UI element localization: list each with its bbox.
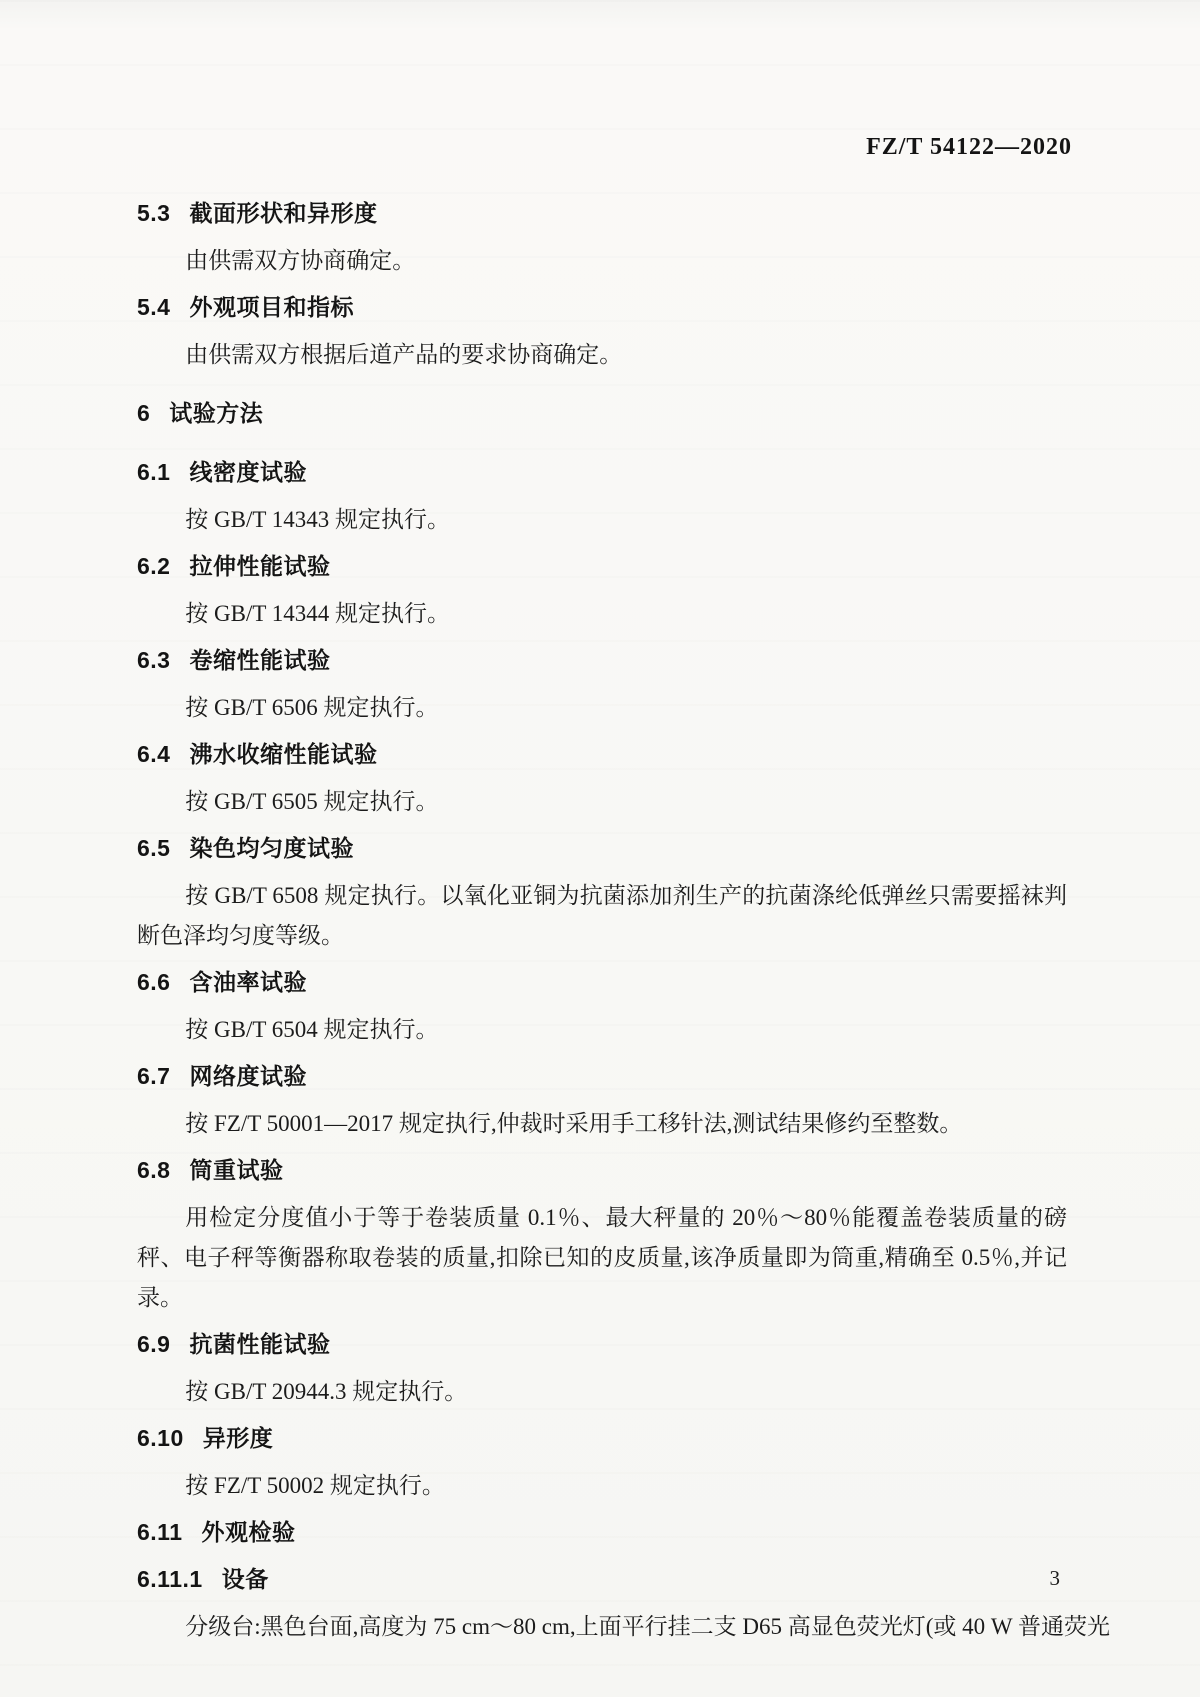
heading-6-1: 6.1线密度试验 bbox=[137, 449, 1067, 496]
para-6-5: 按 GB/T 6508 规定执行。以氧化亚铜为抗菌添加剂生产的抗菌涤纶低弹丝只需… bbox=[137, 872, 1067, 959]
para-6-6: 按 GB/T 6504 规定执行。 bbox=[137, 1006, 1067, 1053]
heading-6-6-number: 6.6 bbox=[137, 959, 170, 1006]
heading-6-4: 6.4沸水收缩性能试验 bbox=[137, 731, 1067, 778]
heading-5-4: 5.4外观项目和指标 bbox=[137, 284, 1067, 331]
heading-6-2-title: 拉伸性能试验 bbox=[189, 553, 330, 579]
heading-6-8: 6.8筒重试验 bbox=[137, 1147, 1067, 1194]
heading-6-7-title: 网络度试验 bbox=[189, 1063, 307, 1089]
heading-6-6: 6.6含油率试验 bbox=[137, 959, 1067, 1006]
para-6-9: 按 GB/T 20944.3 规定执行。 bbox=[137, 1368, 1067, 1415]
page-number: 3 bbox=[1050, 1566, 1061, 1591]
heading-6-9: 6.9抗菌性能试验 bbox=[137, 1321, 1067, 1368]
heading-5-3: 5.3截面形状和异形度 bbox=[137, 190, 1067, 237]
para-6-2: 按 GB/T 14344 规定执行。 bbox=[137, 590, 1067, 637]
heading-6-11-number: 6.11 bbox=[137, 1509, 183, 1556]
para-5-3: 由供需双方协商确定。 bbox=[137, 237, 1067, 284]
heading-6-5-number: 6.5 bbox=[137, 825, 170, 872]
heading-6-1-number: 6.1 bbox=[137, 449, 170, 496]
heading-6: 6试验方法 bbox=[137, 390, 1067, 437]
heading-6-title: 试验方法 bbox=[169, 400, 263, 426]
para-6-7: 按 FZ/T 50001—2017 规定执行,仲裁时采用手工移针法,测试结果修约… bbox=[137, 1100, 1067, 1147]
heading-6-3-number: 6.3 bbox=[137, 637, 170, 684]
para-5-4: 由供需双方根据后道产品的要求协商确定。 bbox=[137, 331, 1067, 378]
heading-6-11-1: 6.11.1设备 bbox=[137, 1556, 1067, 1603]
heading-6-8-title: 筒重试验 bbox=[189, 1157, 283, 1183]
para-6-11-1: 分级台:黑色台面,高度为 75 cm～80 cm,上面平行挂二支 D65 高显色… bbox=[137, 1603, 1067, 1650]
heading-6-11-title: 外观检验 bbox=[202, 1519, 296, 1545]
heading-6-9-number: 6.9 bbox=[137, 1321, 170, 1368]
heading-6-4-number: 6.4 bbox=[137, 731, 170, 778]
heading-6-9-title: 抗菌性能试验 bbox=[189, 1331, 330, 1357]
heading-6-4-title: 沸水收缩性能试验 bbox=[189, 741, 377, 767]
heading-6-5-title: 染色均匀度试验 bbox=[189, 835, 354, 861]
heading-6-5: 6.5染色均匀度试验 bbox=[137, 825, 1067, 872]
para-6-10: 按 FZ/T 50002 规定执行。 bbox=[137, 1462, 1067, 1509]
heading-6-3: 6.3卷缩性能试验 bbox=[137, 637, 1067, 684]
heading-6-2: 6.2拉伸性能试验 bbox=[137, 543, 1067, 590]
document-page: FZ/T 54122—2020 5.3截面形状和异形度 由供需双方协商确定。 5… bbox=[0, 0, 1200, 1697]
heading-6-8-number: 6.8 bbox=[137, 1147, 170, 1194]
para-6-1: 按 GB/T 14343 规定执行。 bbox=[137, 496, 1067, 543]
heading-6-7: 6.7网络度试验 bbox=[137, 1053, 1067, 1100]
heading-6-1-title: 线密度试验 bbox=[189, 459, 307, 485]
heading-6-2-number: 6.2 bbox=[137, 543, 170, 590]
heading-6-number: 6 bbox=[137, 390, 150, 437]
heading-5-4-title: 外观项目和指标 bbox=[189, 294, 354, 320]
heading-5-4-number: 5.4 bbox=[137, 284, 170, 331]
heading-5-3-title: 截面形状和异形度 bbox=[189, 200, 377, 226]
heading-6-10: 6.10异形度 bbox=[137, 1415, 1067, 1462]
heading-6-10-title: 异形度 bbox=[203, 1425, 274, 1451]
para-6-4: 按 GB/T 6505 规定执行。 bbox=[137, 778, 1067, 825]
para-6-3: 按 GB/T 6506 规定执行。 bbox=[137, 684, 1067, 731]
standard-code: FZ/T 54122—2020 bbox=[866, 134, 1072, 161]
heading-6-7-number: 6.7 bbox=[137, 1053, 170, 1100]
heading-6-6-title: 含油率试验 bbox=[189, 969, 307, 995]
para-6-8: 用检定分度值小于等于卷装质量 0.1％、最大秤量的 20％～80％能覆盖卷装质量… bbox=[137, 1194, 1067, 1321]
heading-5-3-number: 5.3 bbox=[137, 190, 170, 237]
heading-6-3-title: 卷缩性能试验 bbox=[189, 647, 330, 673]
heading-6-11-1-title: 设备 bbox=[222, 1566, 269, 1592]
heading-6-11: 6.11外观检验 bbox=[137, 1509, 1067, 1556]
heading-6-10-number: 6.10 bbox=[137, 1415, 184, 1462]
document-body: 5.3截面形状和异形度 由供需双方协商确定。 5.4外观项目和指标 由供需双方根… bbox=[137, 190, 1067, 1650]
heading-6-11-1-number: 6.11.1 bbox=[137, 1556, 203, 1603]
